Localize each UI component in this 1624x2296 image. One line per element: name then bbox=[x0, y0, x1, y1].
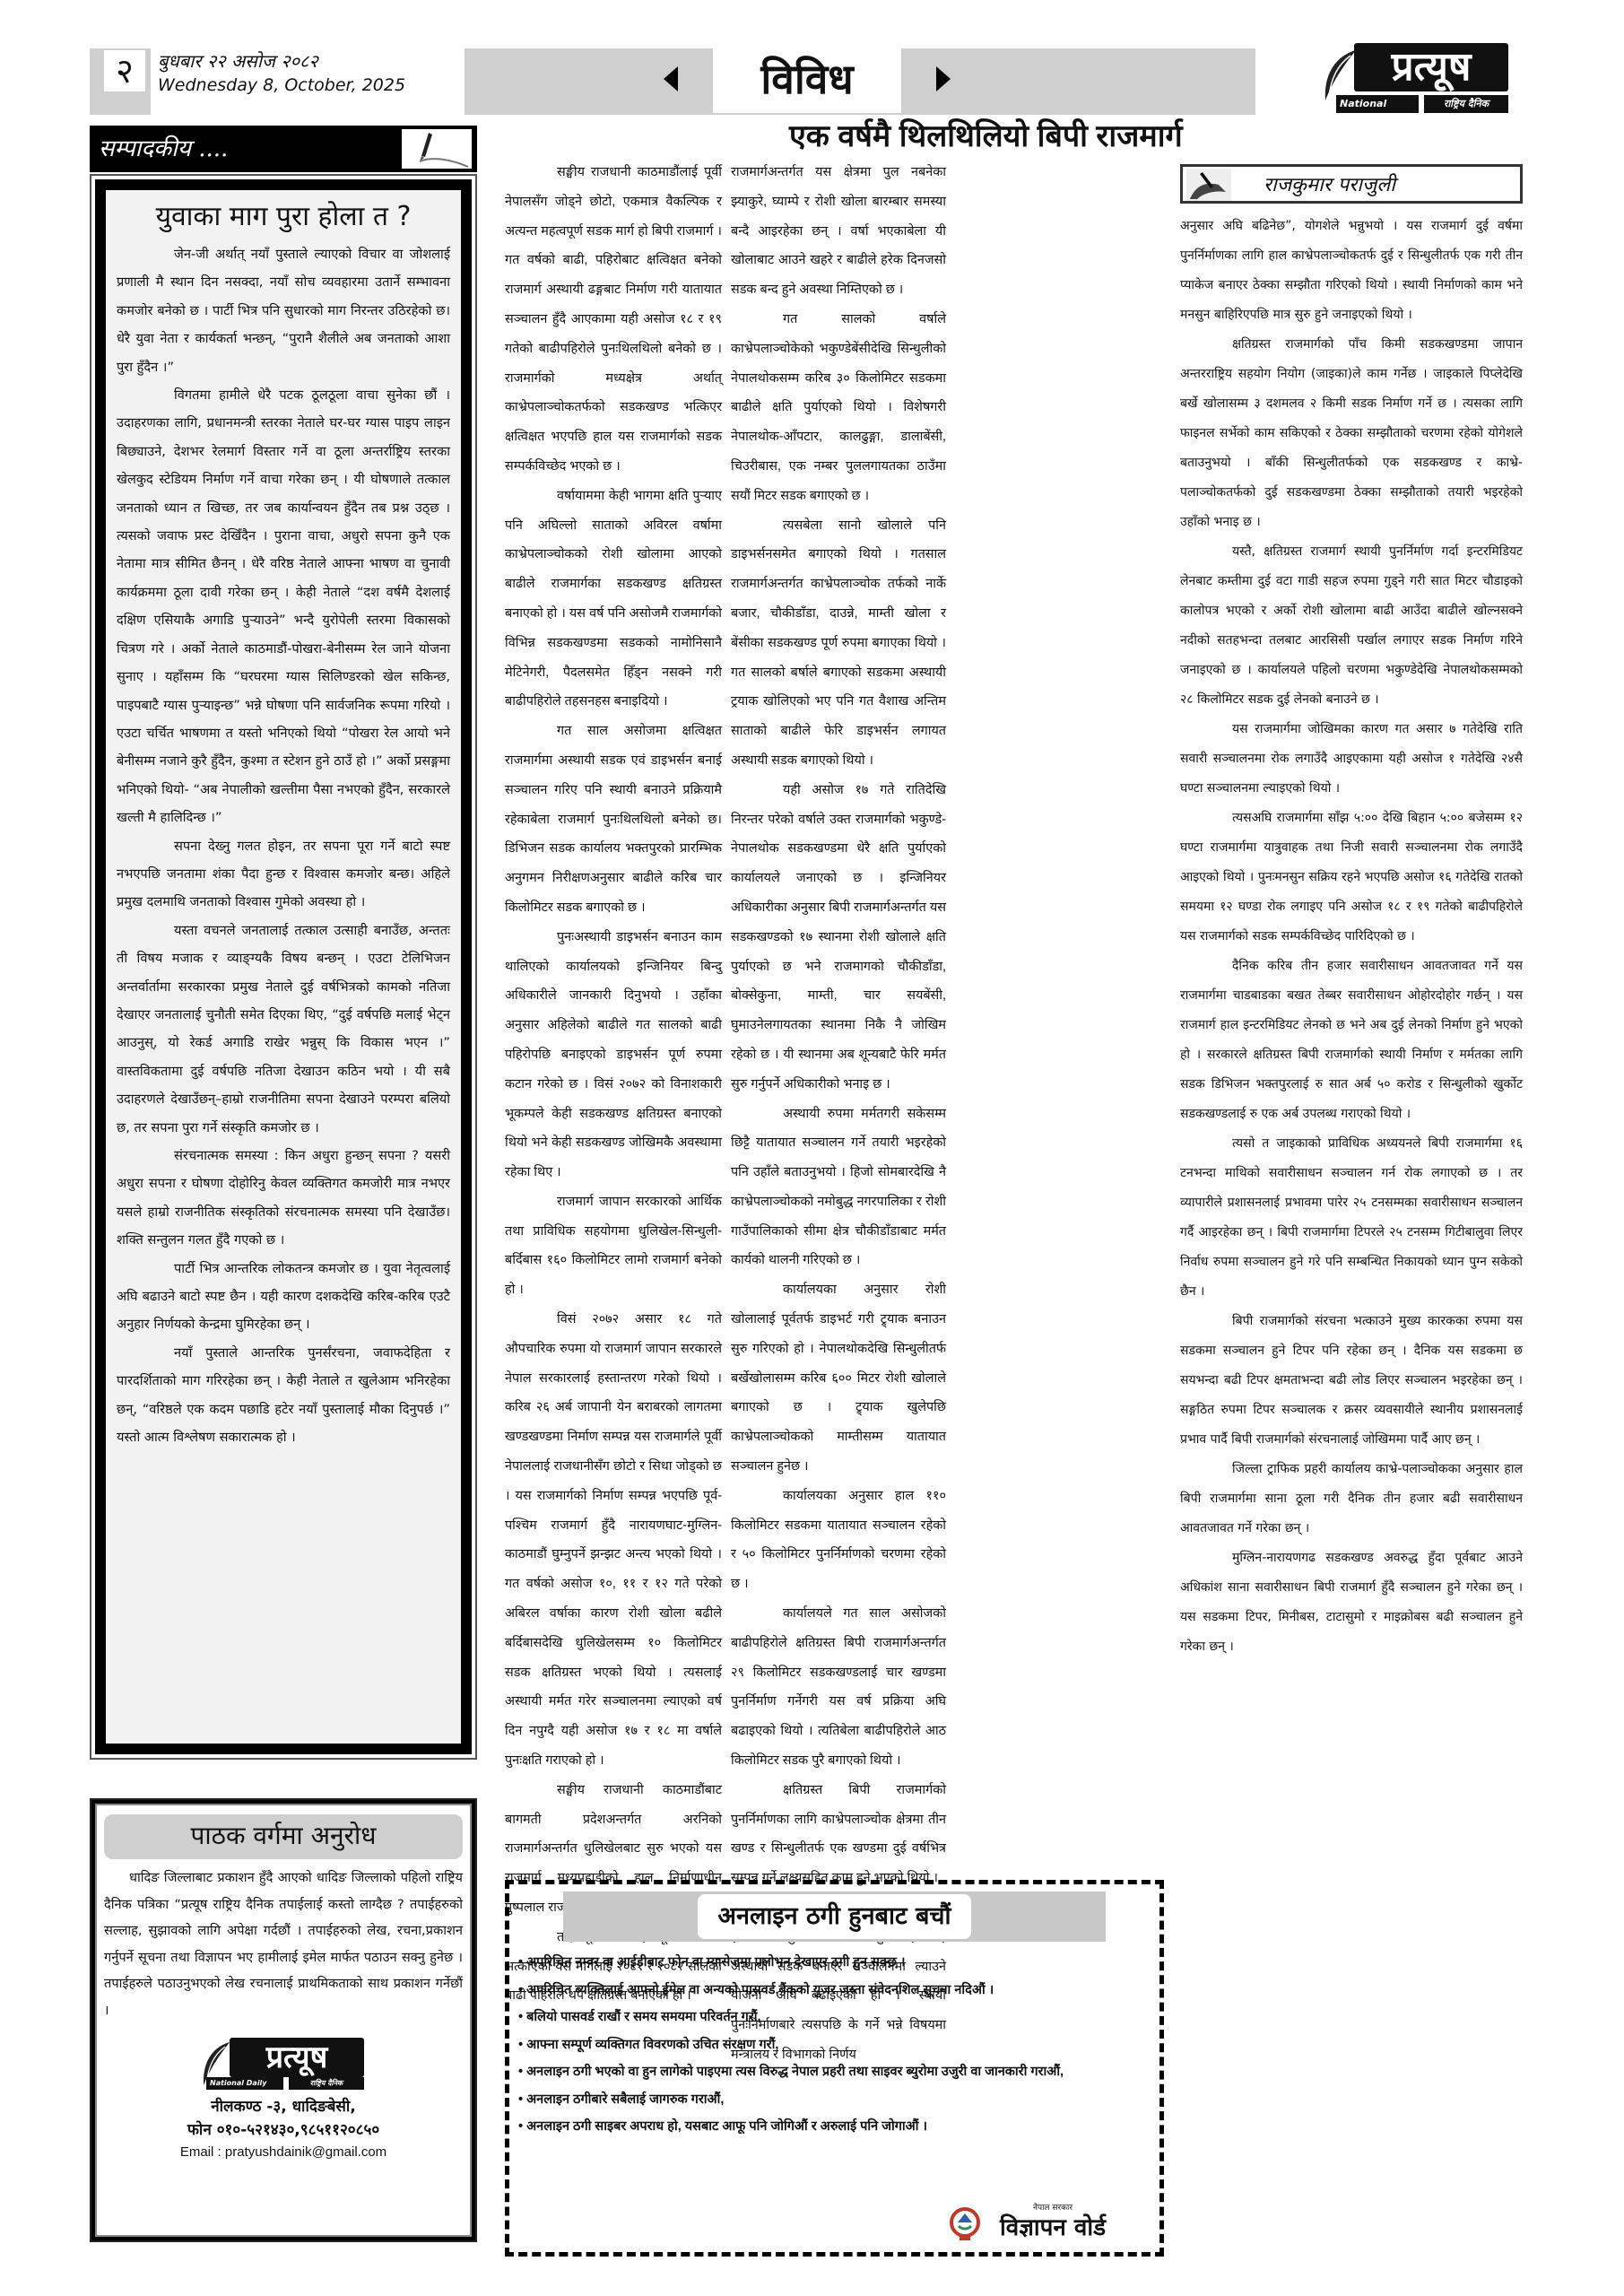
editorial-paragraph: विगतमा हामीले धेरै पटक ठूलठूला वाचा सुने… bbox=[117, 381, 450, 832]
logo-tagline-np: राष्ट्रिय दैनिक bbox=[1424, 95, 1508, 113]
ad-tip: अपरिचित नम्वर वा आईडीबाट फोन वा म्यासेजम… bbox=[518, 1949, 1151, 1977]
logo-tagline-np: राष्ट्रिय दैनिक bbox=[289, 2077, 364, 2090]
editorial-paragraph: यस्ता वचनले जनतालाई तत्काल उत्साही बनाउँ… bbox=[117, 917, 450, 1142]
newspaper-logo: प्रत्यूष National Daily राष्ट्रिय दैनिक bbox=[1316, 41, 1510, 115]
newspaper-logo-small: प्रत्यूष National Daily राष्ट्रिय दैनिक bbox=[199, 2036, 368, 2092]
ad-org: विज्ञापन वोर्ड bbox=[1000, 2213, 1106, 2242]
online-fraud-advertisement: अनलाइन ठगी हुनबाट बचौं अपरिचित नम्वर वा … bbox=[505, 1880, 1164, 2257]
editorial-paragraph: नयाँ पुस्ताले आन्तरिक पुनर्संरचना, जवाफद… bbox=[117, 1339, 450, 1452]
editorial-title: युवाका माग पुरा होला त ? bbox=[117, 197, 450, 237]
article-paragraph: कार्यालयका अनुसार हाल ११० किलोमिटर सडकमा… bbox=[731, 1482, 946, 1599]
feather-icon bbox=[1320, 47, 1358, 102]
section-title: विविध bbox=[713, 45, 901, 113]
article-paragraph: त्यसअघि राजमार्गमा साँझ ५:०० देखि बिहान … bbox=[1180, 804, 1523, 952]
section-nav: विविध bbox=[664, 43, 951, 115]
ad-tips-list: अपरिचित नम्वर वा आईडीबाट फोन वा म्यासेजम… bbox=[518, 1949, 1151, 2141]
ad-tip: अपरिचित ब्यक्तिलाई आफ्नो ईमेल वा अन्यको … bbox=[518, 1977, 1151, 2005]
ad-tip: अनलाइन ठगीबारे सबैलाई जागरुक गराऔं, bbox=[518, 2086, 1151, 2114]
office-phone: फोन ०१०-५२१४३०,९८५११२०८५० bbox=[104, 2118, 463, 2142]
article-paragraph: अस्थायी रुपमा मर्मतगरी सकेसम्म छिट्टै या… bbox=[731, 1100, 946, 1276]
article-paragraph: यस्तै, क्षतिग्रस्त राजमार्ग स्थायी पुनर्… bbox=[1180, 537, 1523, 715]
article-paragraph: यस राजमार्गमा जोखिमका कारण गत असार ७ गते… bbox=[1180, 715, 1523, 804]
nepal-government-emblem-icon bbox=[950, 2203, 980, 2242]
reader-request-title: पाठक वर्गमा अनुरोध bbox=[104, 1814, 463, 1859]
article-column-2: राजमार्गअन्तर्गत यस क्षेत्रमा पुल नबनेका… bbox=[731, 158, 946, 2070]
masthead: २ बुधबार २२ असोज २०८२ Wednesday 8, Octob… bbox=[90, 41, 1524, 122]
logo-tagline-en: National Daily bbox=[206, 2077, 283, 2090]
logo-wordmark: प्रत्यूष bbox=[230, 2038, 364, 2077]
editorial-paragraph: सपना देख्नु गलत होइन, तर सपना पूरा गर्ने… bbox=[117, 832, 450, 917]
article-paragraph: सङ्घीय राजधानी काठमाडौंलाई पूर्वी नेपालस… bbox=[505, 158, 722, 482]
article-paragraph: यही असोज १७ गते रातिदेखि निरन्तर परेको व… bbox=[731, 776, 946, 1100]
editorial-box: युवाका माग पुरा होला त ? जेन-जी अर्थात् … bbox=[90, 174, 477, 1760]
date-nepali: बुधबार २२ असोज २०८२ bbox=[158, 48, 457, 74]
article-paragraph: बिपी राजमार्गको संरचना भत्काउने मुख्य का… bbox=[1180, 1307, 1523, 1455]
editorial-paragraph: संरचनात्मक समस्या : किन अधुरा हुन्छन् सप… bbox=[117, 1142, 450, 1255]
article-paragraph: राजमार्ग जापान सरकारको आर्थिक तथा प्रावि… bbox=[505, 1187, 722, 1305]
logo-tagline-en: National Daily bbox=[1336, 95, 1419, 113]
editorial-paragraph: पार्टी भित्र आन्तरिक लोकतन्त्र कमजोर छ ।… bbox=[117, 1255, 450, 1339]
article-paragraph: कार्यालयले गत साल असोजको बाढीपहिरोले क्ष… bbox=[731, 1599, 946, 1776]
ad-tip: आफ्ना सम्पूर्ण व्यक्तिगत विवरणको उचित सं… bbox=[518, 2031, 1151, 2059]
editorial-header: सम्पादकीय .... bbox=[90, 126, 477, 172]
article-paragraph: त्यसबेला सानो खोलाले पनि डाइभर्सनसमेत बग… bbox=[731, 511, 946, 776]
article-paragraph: वर्षायाममा केही भागमा क्षति पुऱ्याए पनि … bbox=[505, 482, 722, 717]
article-paragraph: गत साल असोजमा क्षत्विक्षत राजमार्गमा अस्… bbox=[505, 717, 722, 923]
article-paragraph: पुनःअस्थायी डाइभर्सन बनाउन काम थालिएको क… bbox=[505, 923, 722, 1187]
article-paragraph: अनुसार अघि बढिनेछ”, योगशेले भन्नुभयो । य… bbox=[1180, 212, 1523, 330]
ad-sponsor: नेपाल सरकार विज्ञापन वोर्ड bbox=[950, 2198, 1106, 2247]
previous-section-arrow-icon[interactable] bbox=[664, 66, 678, 91]
author-hand-pen-icon bbox=[1186, 169, 1231, 201]
author-name: राजकुमार पराजुली bbox=[1264, 170, 1395, 197]
date-box: बुधबार २२ असोज २०८२ Wednesday 8, October… bbox=[151, 45, 465, 115]
reader-request-body: धादिङ जिल्लाबाट प्रकाशन हुँदै आएको धादिङ… bbox=[104, 1865, 463, 2023]
article-paragraph: कार्यालयका अनुसार रोशी खोलालाई पूर्वतर्फ… bbox=[731, 1275, 946, 1482]
article-paragraph: विसं २०७२ असार १८ गते औपचारिक रुपमा यो र… bbox=[505, 1305, 722, 1776]
article-paragraph: त्यसो त जाइकाको प्राविधिक अध्ययनले बिपी … bbox=[1180, 1129, 1523, 1307]
office-address: नीलकण्ठ -३, धादिङबेसी, bbox=[104, 2095, 463, 2118]
ad-tip: अनलाइन ठगी साइबर अपराध हो, यसबाट आफू पनि… bbox=[518, 2113, 1151, 2141]
article-paragraph: क्षतिग्रस्त बिपी राजमार्गको पुनर्निर्माण… bbox=[731, 1776, 946, 1893]
ad-tip: अनलाइन ठगी भएको वा हुन लागेको पाइएमा त्य… bbox=[518, 2058, 1151, 2086]
article-paragraph: गत सालको वर्षाले काभ्रेपलाञ्चोकेको भकुण्… bbox=[731, 305, 946, 511]
next-section-arrow-icon[interactable] bbox=[936, 66, 951, 91]
page-number: २ bbox=[104, 50, 145, 91]
article-column-1: सङ्घीय राजधानी काठमाडौंलाई पूर्वी नेपालस… bbox=[505, 158, 722, 2011]
article-paragraph: दैनिक करिब तीन हजार सवारीसाधन आवतजावत गर… bbox=[1180, 952, 1523, 1129]
pen-box bbox=[402, 129, 472, 169]
fountain-pen-icon bbox=[402, 129, 472, 169]
article-paragraph: क्षतिग्रस्त राजमार्गको पाँच किमी सडकखण्ड… bbox=[1180, 330, 1523, 537]
article-column-3: अनुसार अघि बढिनेछ”, योगशेले भन्नुभयो । य… bbox=[1180, 212, 1523, 1662]
byline-box: राजकुमार पराजुली bbox=[1180, 164, 1523, 204]
article-paragraph: मुग्लिन-नारायणगढ सडकखण्ड अवरुद्ध हुँदा प… bbox=[1180, 1544, 1523, 1662]
ad-org-small: नेपाल सरकार bbox=[1000, 2203, 1106, 2213]
date-english: Wednesday 8, October, 2025 bbox=[158, 74, 457, 97]
editorial-content: युवाका माग पुरा होला त ? जेन-जी अर्थात् … bbox=[106, 190, 461, 1744]
ad-tip: बलियो पासवर्ड राखौं र समय समयमा परिवर्तन… bbox=[518, 2004, 1151, 2031]
article-paragraph: राजमार्गअन्तर्गत यस क्षेत्रमा पुल नबनेका… bbox=[731, 158, 946, 305]
article-paragraph: जिल्ला ट्राफिक प्रहरी कार्यालय काभ्रे-पल… bbox=[1180, 1455, 1523, 1544]
reader-request-box: पाठक वर्गमा अनुरोध धादिङ जिल्लाबाट प्रका… bbox=[90, 1798, 477, 2242]
ad-title: अनलाइन ठगी हुनबाट बचौं bbox=[698, 1894, 970, 1939]
editorial-paragraph: जेन-जी अर्थात् नयाँ पुस्ताले ल्याएको विच… bbox=[117, 240, 450, 381]
editorial-label: सम्पादकीय .... bbox=[99, 131, 228, 163]
article-headline: एक वर्षमै थिलथिलियो बिपी राजमार्ग bbox=[789, 117, 1507, 156]
office-email[interactable]: Email : pratyushdainik@gmail.com bbox=[104, 2142, 463, 2163]
logo-wordmark: प्रत्यूष bbox=[1354, 43, 1508, 91]
